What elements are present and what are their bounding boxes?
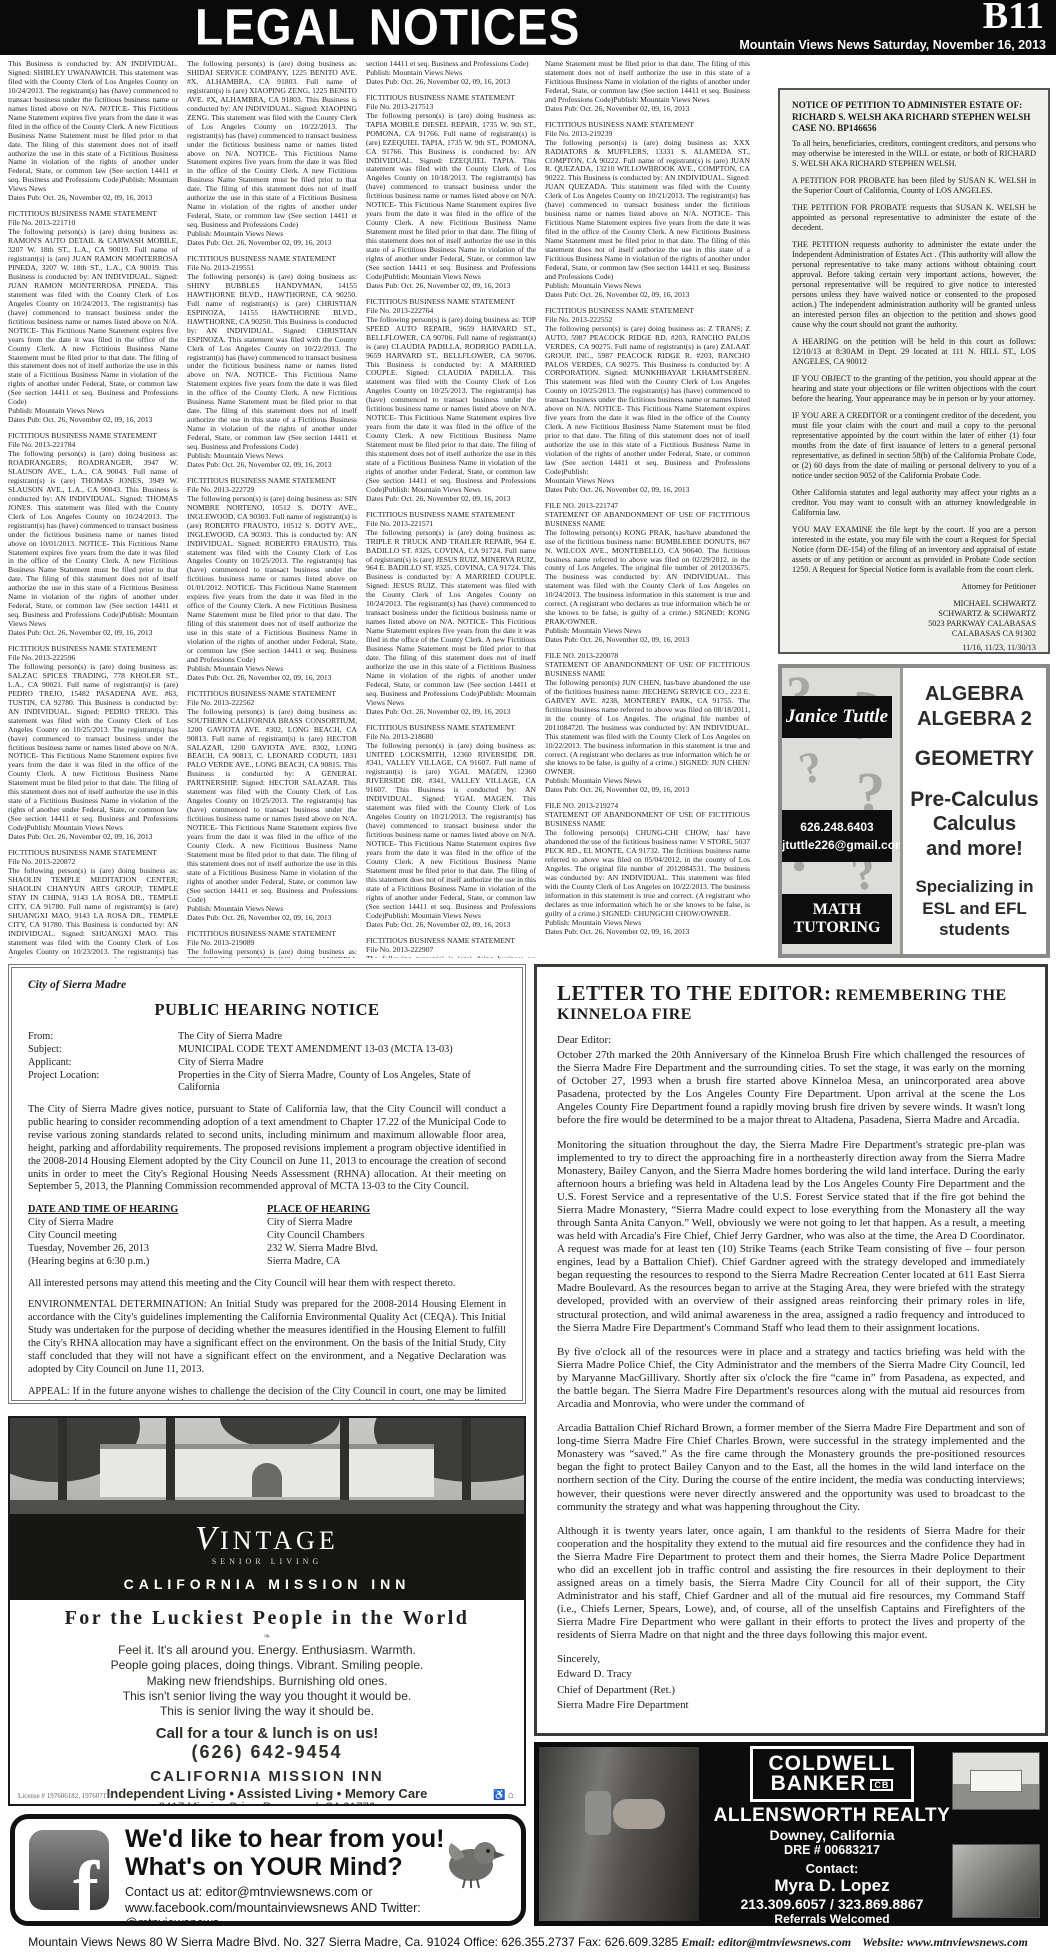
lawn-shape <box>10 1500 524 1514</box>
legal-notice: The following person(s) is (are) doing b… <box>187 60 357 248</box>
vintage-logo-subtitle: SENIOR LIVING <box>10 1557 524 1566</box>
legal-notice: FICTITIOUS BUSINESS NAME STATEMENT File … <box>366 298 536 504</box>
legal-notice: This Business is conducted by: AN INDIVI… <box>8 60 178 203</box>
coldwell-ad-center: COLDWELL BANKERCB ALLENSWORTH REALTY Dow… <box>704 1746 960 1926</box>
coldwell-logo-line2: BANKERCB <box>769 1774 896 1794</box>
probate-petition-notice: NOTICE OF PETITION TO ADMINISTER ESTATE … <box>778 88 1050 654</box>
facebook-icon[interactable]: f <box>29 1830 109 1910</box>
public-hearing-notice: City of Sierra Madre PUBLIC HEARING NOTI… <box>8 964 526 1404</box>
hearing-row-from: From: The City of Sierra Madre <box>28 1031 506 1044</box>
datetime-line: City Council meeting <box>28 1230 267 1243</box>
vintage-license-number: License # 197606182, 197607175 <box>18 1792 113 1800</box>
tutoring-ad-left-panel: ? ? ? ? ? ? ? Janice Tuttle 626.248.6403… <box>782 668 900 954</box>
place-line: 232 W. Sierra Madre Blvd. <box>267 1243 506 1256</box>
vintage-logo-rest: INTAGE <box>220 1526 339 1555</box>
vintage-headline: For the Luckiest People in the World <box>10 1607 524 1630</box>
petition-paragraph: IF YOU ARE A CREDITOR or a contingent cr… <box>792 411 1036 481</box>
letter-paragraph: Although it is twenty years later, once … <box>557 1525 1025 1643</box>
tutor-service-badge: MATH TUTORING <box>782 894 892 944</box>
masthead-date-line: Mountain Views News Saturday, November 1… <box>739 38 1046 52</box>
letter-salutation: Dear Editor: <box>557 1034 1025 1047</box>
footer-email-label: Email: <box>681 1935 715 1949</box>
building-shape <box>100 1444 434 1497</box>
legal-notice: section 14411 et seq. Business and Profe… <box>366 60 536 87</box>
legal-notice: FICTITIOUS BUSINESS NAME STATEMENT File … <box>366 94 536 291</box>
hearing-value: MUNICIPAL CODE TEXT AMENDMENT 13-03 (MCT… <box>178 1044 453 1057</box>
vintage-phone[interactable]: (626) 642-9454 <box>10 1742 524 1763</box>
legal-notice: FICTITIOUS BUSINESS NAME STATEMENT File … <box>8 645 178 842</box>
hearing-schedule: DATE AND TIME OF HEARING City of Sierra … <box>28 1204 506 1268</box>
vintage-call-to-action: Call for a tour & lunch is on us! <box>10 1725 524 1742</box>
legal-notice: FICTITIOUS BUSINESS NAME STATEMENT File … <box>187 477 357 683</box>
dre-number: DRE # 00683217 <box>704 1843 960 1857</box>
vintage-ad-copy: For the Luckiest People in the World ❧ F… <box>10 1600 524 1806</box>
legal-notice: FICTITIOUS BUSINESS NAME STATEMENT File … <box>8 432 178 638</box>
agent-name: Myra D. Lopez <box>704 1876 960 1896</box>
vintage-logo-v: V <box>195 1520 220 1557</box>
petition-title-line3: CASE NO. BP146656 <box>792 123 1036 135</box>
math-tutoring-ad: ? ? ? ? ? ? ? Janice Tuttle 626.248.6403… <box>778 664 1050 958</box>
twitter-bird-icon <box>441 1831 507 1891</box>
vintage-brand-name: CALIFORNIA MISSION INN <box>10 1768 524 1785</box>
letter-paragraph: Arcadia Battalion Chief Richard Brown, a… <box>557 1422 1025 1514</box>
petition-paragraph: IF YOU OBJECT to the granting of the pet… <box>792 374 1036 404</box>
page-number: B11 <box>983 0 1044 38</box>
footer-website-label: Website: <box>862 1935 904 1949</box>
legal-notice: FICTITIOUS BUSINESS NAME STATEMENT File … <box>187 930 357 958</box>
arch-doorway-shape <box>252 1463 282 1497</box>
tutor-specialty: Specializing in ESL and EFL students <box>910 876 1040 940</box>
tutoring-ad-right-panel: ALGEBRA ALGEBRA 2 GEOMETRY Pre-Calculus … <box>900 668 1046 954</box>
vintage-address: 8417 Mission Drive, Rosemead, CA 91770 <box>10 1802 524 1806</box>
house-photo <box>952 1752 1040 1810</box>
place-line: Sierra Madre, CA <box>267 1256 506 1269</box>
feedback-headline-line2: What's on YOUR Mind? <box>125 1853 444 1881</box>
letter-closing: Sincerely, <box>557 1653 1025 1666</box>
footer-website-link[interactable]: www.mtnviewsnews.com <box>907 1935 1028 1949</box>
attorney-name: MICHAEL SCHWARTZ <box>792 599 1036 609</box>
petition-title-line2: RICHARD S. WELSH AKA RICHARD STEPHEN WEL… <box>792 112 1036 124</box>
feedback-promo-box: f We'd like to hear from you! What's on … <box>10 1814 526 1926</box>
legal-column-3: section 14411 et seq. Business and Profe… <box>366 60 536 958</box>
attorney-address-2: CALABASAS CA 91302 <box>792 629 1036 639</box>
feedback-headline: We'd like to hear from you! What's on YO… <box>125 1825 444 1881</box>
realty-city: Downey, California <box>704 1827 960 1843</box>
legal-notice: FILE NO. 2013-219274 STATEMENT OF ABANDO… <box>545 802 750 936</box>
subject-more: and more! <box>926 837 1023 862</box>
cb-square-mark: CB <box>870 1779 893 1792</box>
legal-notice: FICTITIOUS BUSINESS NAME STATEMENT File … <box>545 121 750 300</box>
hearing-city-label: City of Sierra Madre <box>28 978 506 992</box>
legal-notice: FICTITIOUS BUSINESS NAME STATEMENT File … <box>8 210 178 425</box>
legal-notice: FICTITIOUS BUSINESS NAME STATEMENT File … <box>187 690 357 923</box>
letter-to-editor: LETTER TO THE EDITOR: REMEMBERING THE KI… <box>534 964 1048 1736</box>
hearing-row-subject: Subject: MUNICIPAL CODE TEXT AMENDMENT 1… <box>28 1044 506 1057</box>
letter-signature-org: Sierra Madre Fire Department <box>557 1699 1025 1712</box>
couple-photo <box>952 1844 1040 1918</box>
vintage-body-line: Making new friendships. Burnishing old o… <box>10 1674 524 1689</box>
petition-paragraph: A HEARING on the petition will be held i… <box>792 337 1036 367</box>
datetime-line: Tuesday, November 26, 2013 <box>28 1243 267 1256</box>
hearing-attend-note: All interested persons may attend this m… <box>28 1278 506 1291</box>
attorney-firm: SCHWARTZ & SCHWARTZ <box>792 609 1036 619</box>
masthead: LEGAL NOTICES B11 Mountain Views News Sa… <box>0 0 1056 55</box>
hearing-row-applicant: Applicant: City of Sierra Madre <box>28 1057 506 1070</box>
letter-paragraph: Monitoring the situation throughout the … <box>557 1139 1025 1335</box>
letter-signature-name: Edward D. Tracy <box>557 1668 1025 1681</box>
newspaper-page: LEGAL NOTICES B11 Mountain Views News Sa… <box>0 0 1056 1957</box>
datetime-heading: DATE AND TIME OF HEARING <box>28 1204 267 1217</box>
vintage-body-line: People going places, doing things. Vibra… <box>10 1658 524 1673</box>
petition-paragraph: A PETITION FOR PROBATE has been filed by… <box>792 176 1036 196</box>
hearing-label: From: <box>28 1031 178 1044</box>
hearing-value: The City of Sierra Madre <box>178 1031 282 1044</box>
hearing-appeal: APPEAL: If in the future anyone wishes t… <box>28 1386 506 1404</box>
subject-algebra: ALGEBRA <box>925 682 1024 707</box>
subject-calculus: Calculus <box>933 812 1016 837</box>
question-mark-icon: ? <box>795 744 827 792</box>
hearing-body: The City of Sierra Madre gives notice, p… <box>28 1104 506 1194</box>
feedback-headline-line1: We'd like to hear from you! <box>125 1825 444 1853</box>
legal-notice: FICTITIOUS BUSINESS NAME STATEMENT File … <box>545 307 750 495</box>
feedback-contact-line[interactable]: Contact us at: editor@mtnviewsnews.com o… <box>125 1885 445 1926</box>
vintage-logo: VINTAGE <box>10 1522 524 1556</box>
hearing-value: Properties in the City of Sierra Madre, … <box>178 1070 506 1096</box>
legal-notice: FICTITIOUS BUSINESS NAME STATEMENT File … <box>366 937 536 958</box>
key-in-door-photo <box>539 1747 699 1921</box>
agent-phones[interactable]: 213.309.6057 / 323.869.8867 <box>704 1896 960 1912</box>
legal-column-4: Name Statement must be filed prior to th… <box>545 60 750 958</box>
letter-paragraph: October 27th marked the 20th Anniversary… <box>557 1049 1025 1127</box>
vintage-body-line: This isn't senior living the way you tho… <box>10 1689 524 1704</box>
place-line: City of Sierra Madre <box>267 1217 506 1230</box>
place-heading: PLACE OF HEARING <box>267 1204 506 1217</box>
datetime-line: City of Sierra Madre <box>28 1217 267 1230</box>
door-lock-shape <box>585 1791 611 1835</box>
page-footer: Mountain Views News 80 W Sierra Madre Bl… <box>0 1928 1056 1957</box>
hearing-environmental: ENVIRONMENTAL DETERMINATION: An Initial … <box>28 1299 506 1376</box>
attorney-address-1: 5023 PARKWAY CALABASAS <box>792 619 1036 629</box>
letter-signature-title: Chief of Department (Ret.) <box>557 1684 1025 1697</box>
subject-geometry: GEOMETRY <box>915 746 1034 771</box>
vintage-body-line: Feel it. It's all around you. Energy. En… <box>10 1643 524 1658</box>
page-title: LEGAL NOTICES <box>195 0 580 56</box>
contact-label: Contact: <box>704 1861 960 1876</box>
legal-notice: FICTITIOUS BUSINESS NAME STATEMENT File … <box>187 255 357 470</box>
tutor-email[interactable]: jtuttle226@gmail.com <box>782 836 892 854</box>
tutor-name-badge: Janice Tuttle <box>782 696 892 738</box>
subject-algebra2: ALGEBRA 2 <box>917 707 1032 732</box>
hearing-label: Project Location: <box>28 1070 178 1096</box>
facebook-f-glyph: f <box>73 1850 99 1926</box>
realty-name: ALLENSWORTH REALTY <box>704 1805 960 1827</box>
legal-notice: FILE NO. 2013-220078 STATEMENT OF ABANDO… <box>545 652 750 795</box>
letter-paragraph: By five o'clock all of the resources wer… <box>557 1346 1025 1411</box>
coldwell-logo-line1: COLDWELL <box>769 1754 896 1774</box>
petition-title-line1: NOTICE OF PETITION TO ADMINISTER ESTATE … <box>792 100 1036 112</box>
petition-paragraph: Other California statutes and legal auth… <box>792 488 1036 518</box>
legal-column-1: This Business is conducted by: AN INDIVI… <box>8 60 178 958</box>
datetime-line: (Hearing begins at 6:30 p.m.) <box>28 1256 267 1269</box>
publication-dates: 11/16, 11/23, 11/30/13 <box>792 643 1036 653</box>
hand-shape <box>613 1799 665 1829</box>
hearing-value: City of Sierra Madre <box>178 1057 264 1070</box>
hearing-row-location: Project Location: Properties in the City… <box>28 1070 506 1096</box>
vintage-senior-living-ad: VINTAGE SENIOR LIVING CALIFORNIA MISSION… <box>8 1416 526 1806</box>
hearing-label: Applicant: <box>28 1057 178 1070</box>
footer-main-text: Mountain Views News 80 W Sierra Madre Bl… <box>28 1935 678 1949</box>
legal-notice: FILE NO. 2013-221747 STATEMENT OF ABANDO… <box>545 502 750 645</box>
hearing-info-table: From: The City of Sierra Madre Subject: … <box>28 1031 506 1095</box>
legal-notice: FICTITIOUS BUSINESS NAME STATEMENT File … <box>366 511 536 717</box>
letter-heading: LETTER TO THE EDITOR: REMEMBERING THE KI… <box>557 981 1025 1024</box>
tutor-phone[interactable]: 626.248.6403 <box>782 818 892 836</box>
coldwell-banker-logo: COLDWELL BANKERCB <box>750 1746 915 1802</box>
petition-paragraph: YOU MAY EXAMINE the file kept by the cou… <box>792 525 1036 575</box>
place-line: City Council Chambers <box>267 1230 506 1243</box>
coldwell-banker-ad: COLDWELL BANKERCB ALLENSWORTH REALTY Dow… <box>534 1742 1048 1926</box>
hearing-place-column: PLACE OF HEARING City of Sierra Madre Ci… <box>267 1204 506 1268</box>
hearing-label: Subject: <box>28 1044 178 1057</box>
petition-paragraph: To all heirs, beneficiaries, creditors, … <box>792 139 1036 169</box>
accessibility-equal-housing-icons: ♿ ⌂ <box>493 1790 514 1801</box>
attorney-for-petitioner: Attorney for Petitioner <box>792 582 1036 592</box>
california-mission-inn-label: CALIFORNIA MISSION INN <box>10 1576 524 1592</box>
footer-email-link[interactable]: editor@mtnviewsnews.com <box>718 1935 851 1949</box>
petition-paragraph: THE PETITION requests authority to admin… <box>792 240 1036 330</box>
vintage-logo-band: VINTAGE SENIOR LIVING CALIFORNIA MISSION… <box>10 1514 524 1600</box>
hearing-title: PUBLIC HEARING NOTICE <box>28 1000 506 1021</box>
legal-notice: Name Statement must be filed prior to th… <box>545 60 750 114</box>
legal-notice: FICTITIOUS BUSINESS NAME STATEMENT File … <box>8 849 178 958</box>
vintage-body-line: This is senior living the way it should … <box>10 1704 524 1719</box>
legal-column-2: The following person(s) is (are) doing b… <box>187 60 357 958</box>
divider-flourish-icon: ❧ <box>10 1632 524 1641</box>
cns-number: CNS-2555480# <box>792 653 1036 655</box>
tutor-contact-badge: 626.248.6403 jtuttle226@gmail.com <box>782 810 892 862</box>
mission-inn-photo <box>10 1418 524 1514</box>
subject-precalculus: Pre-Calculus <box>910 787 1038 812</box>
hearing-datetime-column: DATE AND TIME OF HEARING City of Sierra … <box>28 1204 267 1268</box>
referrals-note: Referrals Welcomed <box>704 1912 960 1926</box>
letter-heading-label: LETTER TO THE EDITOR: <box>557 981 831 1005</box>
petition-paragraph: THE PETITION FOR PROBATE requests that S… <box>792 203 1036 233</box>
legal-notice: FICTITIOUS BUSINESS NAME STATEMENT File … <box>366 724 536 930</box>
